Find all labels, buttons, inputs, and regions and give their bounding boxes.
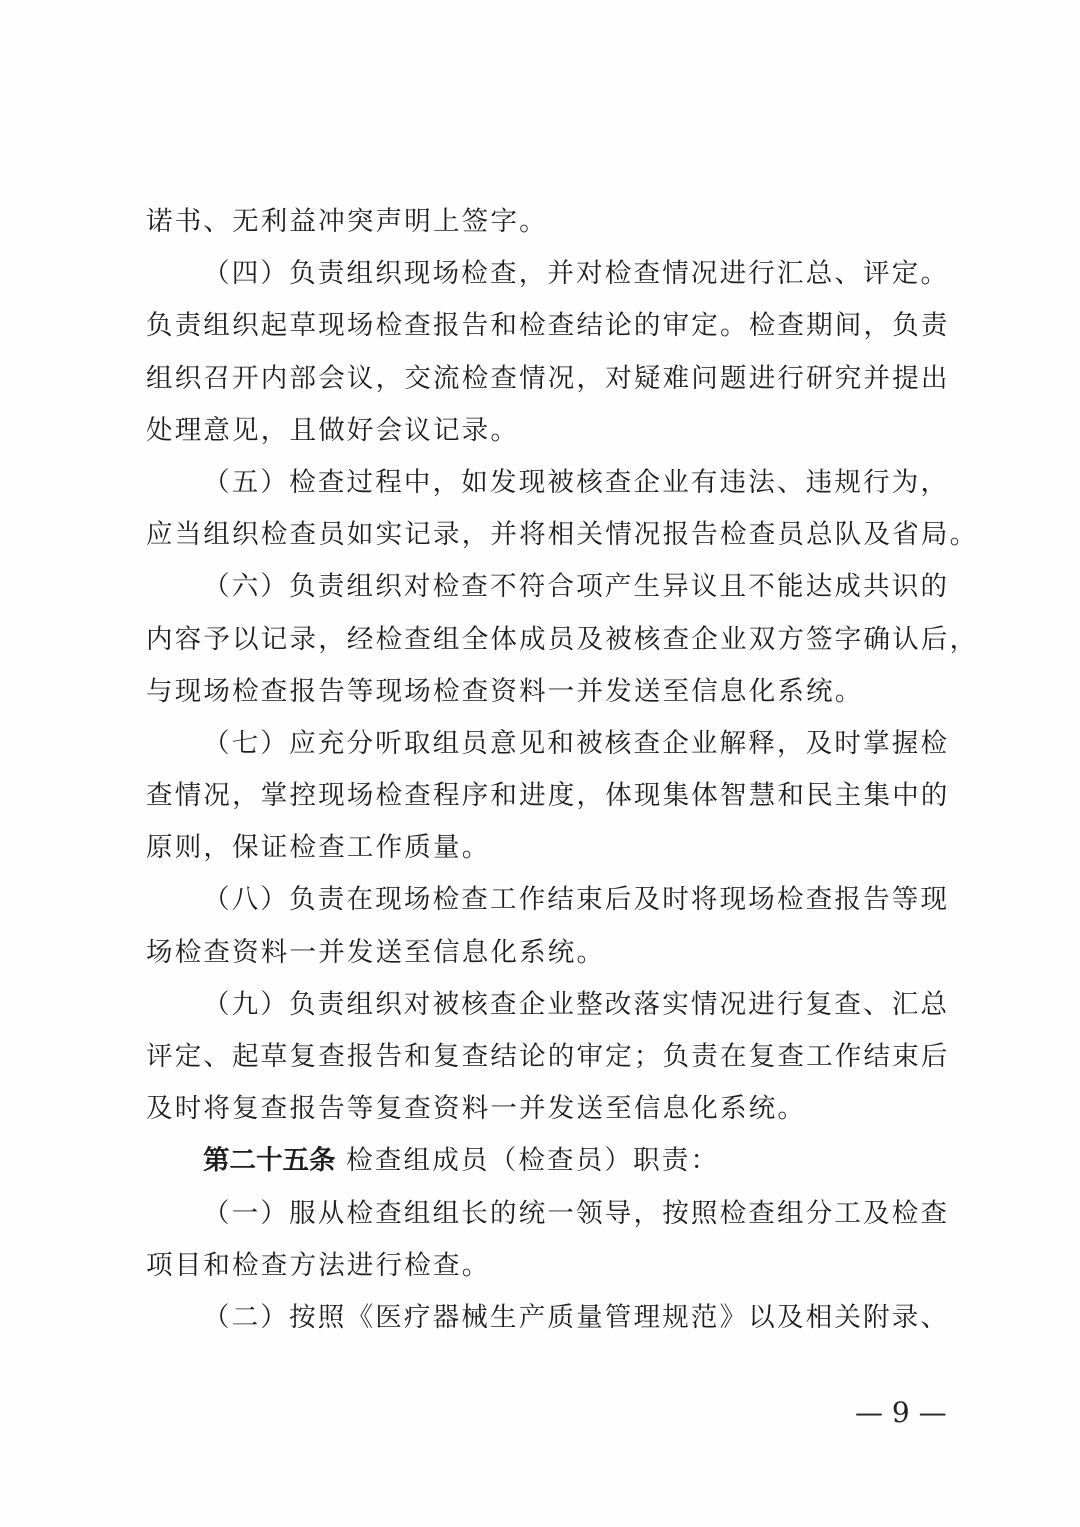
text-line: 处理意见，且做好会议记录。 xyxy=(146,405,946,457)
text-line: 组织召开内部会议，交流检查情况，对疑难问题进行研究并提出 xyxy=(146,353,946,405)
text-line: 负责组织起草现场检查报告和检查结论的审定。检查期间，负责 xyxy=(146,300,946,352)
article-number: 第二十五条 xyxy=(203,1145,336,1176)
text-line: （九）负责组织对被核查企业整改落实情况进行复查、汇总 xyxy=(146,979,946,1031)
text-line: 查情况，掌控现场检查程序和进度，体现集体智慧和民主集中的 xyxy=(146,770,946,822)
article-heading-line: 第二十五条 检查组成员（检查员）职责： xyxy=(146,1135,946,1187)
text-line: （七）应充分听取组员意见和被核查企业解释，及时掌握检 xyxy=(146,718,946,770)
text-line: 与现场检查报告等现场检查资料一并发送至信息化系统。 xyxy=(146,666,946,718)
text-line: （五）检查过程中，如发现被核查企业有违法、违规行为， xyxy=(146,457,946,509)
article-title: 检查组成员（检查员）职责： xyxy=(336,1145,720,1176)
text-line: 及时将复查报告等复查资料一并发送至信息化系统。 xyxy=(146,1083,946,1135)
document-page: 诺书、无利益冲突声明上签字。 （四）负责组织现场检查，并对检查情况进行汇总、评定… xyxy=(0,0,1080,1527)
text-line: 项目和检查方法进行检查。 xyxy=(146,1240,946,1292)
text-line: 评定、起草复查报告和复查结论的审定；负责在复查工作结束后 xyxy=(146,1031,946,1083)
document-body: 诺书、无利益冲突声明上签字。 （四）负责组织现场检查，并对检查情况进行汇总、评定… xyxy=(146,196,946,1344)
text-line: 场检查资料一并发送至信息化系统。 xyxy=(146,927,946,979)
text-line: （二）按照《医疗器械生产质量管理规范》以及相关附录、 xyxy=(146,1292,946,1344)
text-line: （一）服从检查组组长的统一领导，按照检查组分工及检查 xyxy=(146,1188,946,1240)
text-line: 原则，保证检查工作质量。 xyxy=(146,822,946,874)
page-number: — 9 — xyxy=(855,1396,947,1429)
text-line: （六）负责组织对检查不符合项产生异议且不能达成共识的 xyxy=(146,561,946,613)
text-line: （四）负责组织现场检查，并对检查情况进行汇总、评定。 xyxy=(146,248,946,300)
text-line: 诺书、无利益冲突声明上签字。 xyxy=(146,196,946,248)
text-line: 内容予以记录，经检查组全体成员及被核查企业双方签字确认后， xyxy=(146,614,946,666)
text-line: （八）负责在现场检查工作结束后及时将现场检查报告等现 xyxy=(146,874,946,926)
text-line: 应当组织检查员如实记录，并将相关情况报告检查员总队及省局。 xyxy=(146,509,946,561)
